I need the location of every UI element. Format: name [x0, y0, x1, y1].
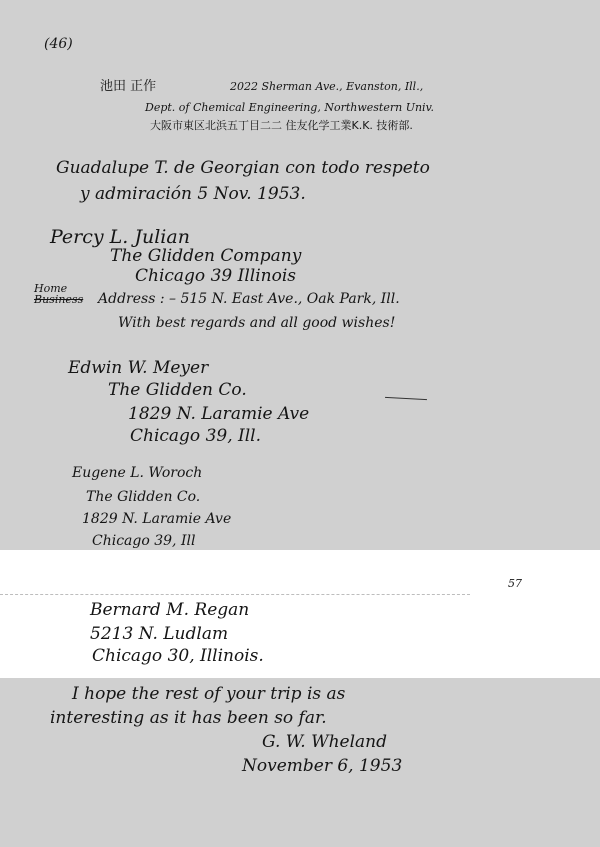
page-number: 57	[508, 578, 522, 589]
entry-city: Chicago 30, Illinois.	[92, 648, 264, 665]
faint-ruled-line	[0, 594, 470, 595]
business-label-struck: Business	[34, 294, 83, 305]
entry-address-line: 1829 N. Laramie Ave	[128, 406, 309, 423]
entry-name: 池田 正作	[100, 80, 156, 93]
autograph-page: (46) 池田 正作 2022 Sherman Ave., Evanston, …	[0, 0, 600, 847]
entry-address-line: 大阪市東区北浜五丁目二二 住友化学工業K.K. 技術部.	[150, 120, 413, 131]
entry-name: Eugene L. Woroch	[72, 466, 202, 480]
entry-address-line: 1829 N. Laramie Ave	[82, 512, 231, 526]
entry-city: Chicago 39 Illinois	[135, 268, 296, 285]
entry-message: interesting as it has been so far.	[50, 710, 327, 727]
entry-message: I hope the rest of your trip is as	[72, 686, 345, 703]
entry-address-line: 5213 N. Ludlam	[90, 626, 228, 643]
entry-name: Edwin W. Meyer	[68, 360, 208, 377]
entry-city: Chicago 39, Ill	[92, 534, 195, 548]
entry-date-line: November 6, 1953	[242, 758, 402, 775]
entry-company: The Glidden Co.	[108, 382, 247, 399]
page-marker: (46)	[44, 37, 73, 51]
entry-message: With best regards and all good wishes!	[118, 316, 395, 330]
entry-company: The Glidden Company	[110, 248, 301, 265]
entry-address-line: Address : – 515 N. East Ave., Oak Park, …	[98, 292, 400, 306]
entry-city: Chicago 39, Ill.	[130, 428, 261, 445]
entry-signature-line: Guadalupe T. de Georgian con todo respet…	[56, 160, 430, 177]
entry-company: The Glidden Co.	[86, 490, 200, 504]
entry-address-line: 2022 Sherman Ave., Evanston, Ill.,	[230, 81, 423, 92]
entry-name: Bernard M. Regan	[90, 602, 249, 619]
entry-date-line: y admiración 5 Nov. 1953.	[80, 186, 306, 203]
entry-address-line: Dept. of Chemical Engineering, Northwest…	[145, 102, 434, 113]
entry-name: Percy L. Julian	[50, 228, 190, 247]
entry-name: G. W. Wheland	[262, 734, 387, 751]
stray-pen-mark	[385, 397, 427, 400]
